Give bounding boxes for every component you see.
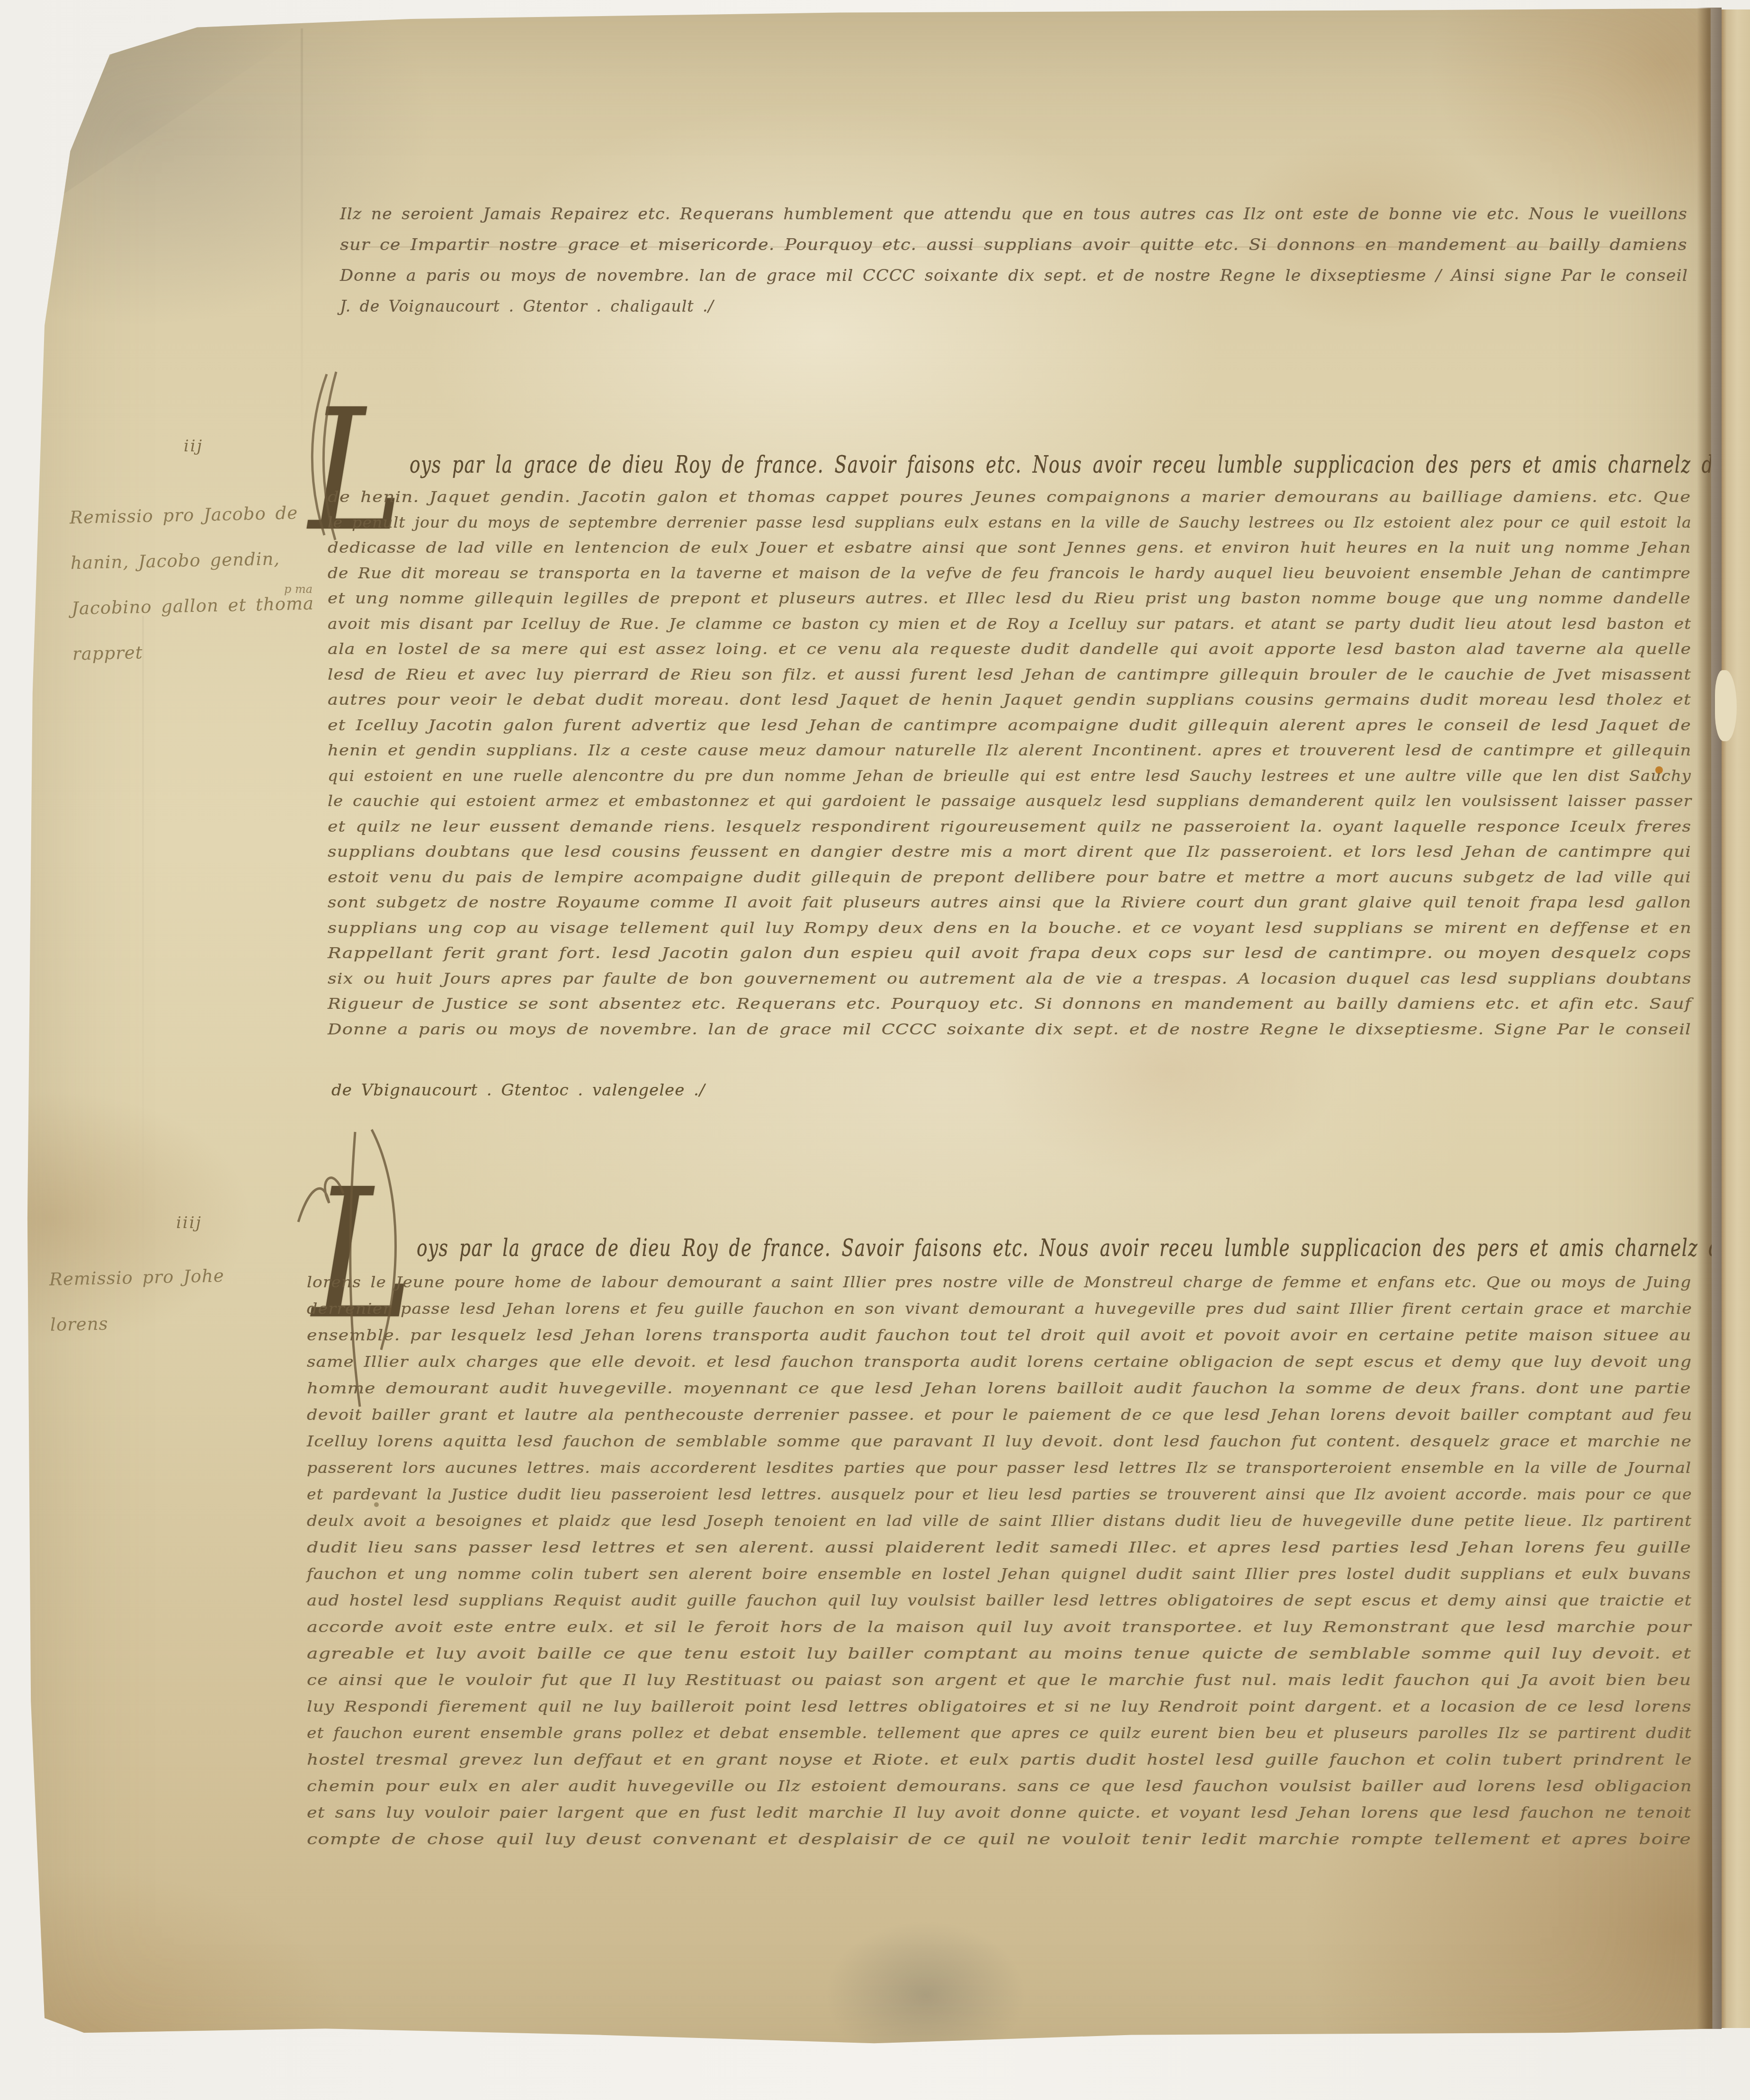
initial-flourish (284, 1122, 445, 1416)
manuscript-line: sur ce Impartir nostre grace et miserico… (340, 235, 1687, 254)
manuscript-line: hostel tresmal grevez lun deffaut et en … (307, 1750, 1692, 1768)
manuscript-line: autres pour veoir le debat dudit moreau.… (328, 691, 1691, 709)
royal-protocol-heading: oys par la grace de dieu Roy de france. … (410, 451, 1750, 478)
manuscript-line: et Icelluy Jacotin galon furent advertiz… (328, 717, 1691, 734)
manuscript-line: ala en lostel de sa mere qui est assez l… (328, 641, 1691, 658)
manuscript-line: avoit mis disant par Icelluy de Rue. Je … (328, 616, 1691, 633)
margin-note: Remissio pro Johelorens (49, 1253, 226, 1348)
manuscript-line: estoit venu du pais de lempire acompaign… (328, 869, 1691, 886)
manuscript-line: Donne a paris ou moys de novembre. lan d… (328, 1021, 1691, 1038)
manuscript-line: dudit lieu sans passer lesd lettres et s… (307, 1538, 1691, 1556)
manuscript-line: ensemble. par lesquelz lesd Jehan lorens… (307, 1326, 1692, 1344)
manuscript-line: de Rue dit moreau se transporta en la ta… (328, 565, 1691, 582)
manuscript-line: lorens le Jeune poure home de labour dem… (307, 1273, 1691, 1291)
manuscript-line: fauchon et ung nomme colin tubert sen al… (307, 1565, 1691, 1583)
margin-numeral: iij (184, 437, 203, 456)
manuscript-line: Icelluy lorens aquitta lesd fauchon de s… (307, 1432, 1692, 1450)
binding-gutter-shadow (1697, 8, 1722, 2029)
manuscript-line: agreable et luy avoit baille ce que tenu… (307, 1644, 1691, 1662)
manuscript-line: lesd de Rieu et avec luy pierrard de Rie… (328, 666, 1691, 683)
manuscript-line: le penult jour du moys de septembre derr… (328, 514, 1692, 531)
manuscript-line: dedicasse de lad ville en lentencion de … (328, 539, 1691, 556)
manuscript-line: de henin. Jaquet gendin. Jacotin galon e… (328, 489, 1691, 506)
manuscript-line: Rappellant ferit grant fort. lesd Jacoti… (328, 945, 1691, 962)
manuscript-line: chemin pour eulx en aler audit huvegevil… (307, 1777, 1692, 1795)
manuscript-line: le cauchie qui estoient armez et embasto… (328, 793, 1692, 810)
folio-tear-notch (1715, 670, 1737, 741)
manuscript-line: et sans luy vouloir paier largent que en… (307, 1804, 1691, 1822)
manuscript-line: et pardevant la Justice dudit lieu passe… (307, 1485, 1692, 1503)
manuscript-line: henin et gendin supplians. Ilz a ceste c… (328, 742, 1692, 759)
manuscript-line: et ung nomme gillequin legilles de prepo… (328, 590, 1691, 607)
interlinear-mark: p ma (284, 583, 312, 596)
manuscript-line: aud hostel lesd supplians Requist audit … (307, 1591, 1692, 1609)
manuscript-line: deulx avoit a besoignes et plaidz que le… (307, 1512, 1692, 1530)
margin-note-line: rappret (72, 627, 315, 677)
manuscript-line: ce ainsi que le vouloir fut que Il luy R… (307, 1671, 1691, 1689)
manuscript-line: derrenier passe lesd Jehan lorens et feu… (307, 1300, 1692, 1318)
manuscript-line: sont subgetz de nostre Royaume comme Il … (328, 894, 1691, 911)
margin-note-line: hanin, Jacobo gendin, (70, 536, 313, 586)
manuscript-line: devoit bailler grant et lautre ala penth… (307, 1406, 1692, 1424)
manuscript-line: compte de chose quil luy deust convenant… (307, 1830, 1691, 1848)
manuscript-line: et fauchon eurent ensemble grans pollez … (307, 1724, 1692, 1742)
manuscript-line: homme demourant audit huvegeville. moyen… (307, 1379, 1691, 1397)
manuscript-line: Rigueur de Justice se sont absentez etc.… (328, 996, 1692, 1013)
manuscript-line: passerent lors aucunes lettres. mais acc… (307, 1459, 1691, 1477)
royal-protocol-heading: oys par la grace de dieu Roy de france. … (417, 1234, 1750, 1262)
manuscript-line: luy Respondi fierement quil ne luy baill… (307, 1697, 1692, 1715)
manuscript-line: six ou huit Jours apres par faulte de bo… (328, 970, 1692, 987)
margin-note-line: Jacobino gallon et thoma (71, 581, 314, 632)
parchment-page: Ilz ne seroient Jamais Repairez etc. Req… (0, 0, 1714, 2100)
margin-note-line: Remissio pro Jacobo de (69, 490, 312, 541)
next-folio-edge (1722, 9, 1750, 2028)
manuscript-line: Ilz ne seroient Jamais Repairez etc. Req… (340, 205, 1687, 223)
manuscript-line: et quilz ne leur eussent demande riens. … (328, 818, 1691, 835)
margin-note-line: lorens (50, 1299, 226, 1348)
margin-note-line: Remissio pro Johe (49, 1253, 225, 1302)
margin-numeral: iiij (176, 1213, 202, 1232)
manuscript-line: J. de Voignaucourt . Gtentor . chaligaul… (340, 297, 714, 315)
manuscript-line: accorde avoit este entre eulx. et sil le… (307, 1618, 1692, 1636)
margin-note: Remissio pro Jacobo dehanin, Jacobo gend… (69, 490, 315, 677)
chancery-signature: de Vbignaucourt . Gtentoc . valengelee .… (331, 1081, 705, 1100)
manuscript-line: qui estoient en une ruelle alencontre du… (328, 768, 1691, 785)
manuscript-line: Donne a paris ou moys de novembre. lan d… (340, 266, 1688, 285)
manuscript-line: supplians doubtans que lesd cousins feus… (328, 844, 1691, 861)
manuscript-line: same Illier aulx charges que elle devoit… (307, 1353, 1692, 1371)
manuscript-line: supplians ung cop au visage tellement qu… (328, 920, 1692, 937)
